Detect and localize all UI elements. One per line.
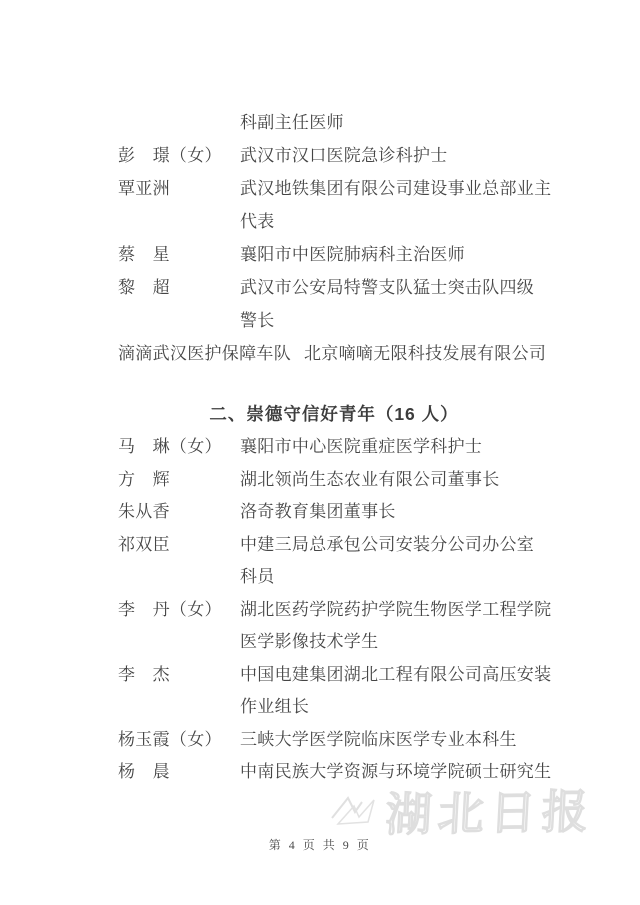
entry-row: 杨玉霞（女） 三峡大学医学院临床医学专业本科生 <box>118 724 550 757</box>
person-desc: 武汉市公安局特警支队猛士突击队四级 警长 <box>240 271 550 337</box>
desc-line: 武汉市汉口医院急诊科护士 <box>240 139 550 172</box>
person-desc: 科副主任医师 <box>240 106 550 139</box>
entry-row: 覃亚洲 武汉地铁集团有限公司建设事业总部业主 代表 <box>118 172 550 238</box>
person-desc: 湖北领尚生态农业有限公司董事长 <box>240 464 550 497</box>
desc-line: 作业组长 <box>240 691 551 724</box>
entry-row: 马 琳（女） 襄阳市中心医院重症医学科护士 <box>118 431 550 464</box>
person-name: 李 丹（女） <box>118 594 240 627</box>
desc-line: 湖北医药学院药护学院生物医学工程学院 <box>240 594 551 627</box>
person-desc: 湖北医药学院药护学院生物医学工程学院 医学影像技术学生 <box>240 594 551 659</box>
page-number: 第 4 页 共 9 页 <box>0 836 640 853</box>
person-name: 杨 晨 <box>118 756 240 789</box>
person-name: 黎 超 <box>118 271 240 304</box>
team-entry-row: 滴滴武汉医护保障车队北京嘀嘀无限科技发展有限公司 <box>118 337 550 370</box>
entry-row: 杨 晨 中南民族大学资源与环境学院硕士研究生 <box>118 756 550 789</box>
entry-row: 李 杰 中国电建集团湖北工程有限公司高压安装 作业组长 <box>118 659 550 724</box>
desc-line: 科员 <box>240 561 550 594</box>
person-name: 朱从香 <box>118 496 240 529</box>
desc-line: 科副主任医师 <box>240 106 550 139</box>
desc-line: 襄阳市中医院肺病科主治医师 <box>240 238 550 271</box>
desc-line: 洛奇教育集团董事长 <box>240 496 550 529</box>
team-name: 滴滴武汉医护保障车队 <box>118 344 291 363</box>
person-desc: 武汉地铁集团有限公司建设事业总部业主 代表 <box>240 172 551 238</box>
person-name: 方 辉 <box>118 464 240 497</box>
section-heading: 二、崇德守信好青年（16 人） <box>118 398 550 431</box>
desc-line: 武汉市公安局特警支队猛士突击队四级 <box>240 271 550 304</box>
person-desc: 武汉市汉口医院急诊科护士 <box>240 139 550 172</box>
desc-line: 医学影像技术学生 <box>240 626 551 659</box>
entry-row: 祁双臣 中建三局总承包公司安装分公司办公室 科员 <box>118 529 550 594</box>
desc-line: 中建三局总承包公司安装分公司办公室 <box>240 529 550 562</box>
person-name: 祁双臣 <box>118 529 240 562</box>
desc-line: 三峡大学医学院临床医学专业本科生 <box>240 724 550 757</box>
person-name: 蔡 星 <box>118 238 240 271</box>
desc-line: 襄阳市中心医院重症医学科护士 <box>240 431 550 464</box>
person-desc: 洛奇教育集团董事长 <box>240 496 550 529</box>
desc-line: 中国电建集团湖北工程有限公司高压安装 <box>240 659 551 692</box>
person-desc: 中南民族大学资源与环境学院硕士研究生 <box>240 756 551 789</box>
entry-row: 黎 超 武汉市公安局特警支队猛士突击队四级 警长 <box>118 271 550 337</box>
section-2-entries: 马 琳（女） 襄阳市中心医院重症医学科护士 方 辉 湖北领尚生态农业有限公司董事… <box>118 431 550 789</box>
person-name: 杨玉霞（女） <box>118 724 240 757</box>
person-name: 彭 璟（女） <box>118 139 240 172</box>
entry-row: 朱从香 洛奇教育集团董事长 <box>118 496 550 529</box>
desc-line: 代表 <box>240 205 551 238</box>
person-desc: 襄阳市中医院肺病科主治医师 <box>240 238 550 271</box>
entry-row: 蔡 星 襄阳市中医院肺病科主治医师 <box>118 238 550 271</box>
desc-line: 中南民族大学资源与环境学院硕士研究生 <box>240 756 551 789</box>
hubei-daily-bird-logo-icon <box>328 784 380 836</box>
document-page: 湖北日报 科副主任医师 彭 璟（女） 武汉市汉口医院急诊科护士 覃亚洲 武汉地铁… <box>0 0 640 905</box>
person-desc: 三峡大学医学院临床医学专业本科生 <box>240 724 550 757</box>
person-desc: 中国电建集团湖北工程有限公司高压安装 作业组长 <box>240 659 551 724</box>
desc-line: 武汉地铁集团有限公司建设事业总部业主 <box>240 172 551 205</box>
person-desc: 襄阳市中心医院重症医学科护士 <box>240 431 550 464</box>
entry-row: 方 辉 湖北领尚生态农业有限公司董事长 <box>118 464 550 497</box>
desc-line: 湖北领尚生态农业有限公司董事长 <box>240 464 550 497</box>
entry-row-continuation: 科副主任医师 <box>118 106 550 139</box>
page-content: 科副主任医师 彭 璟（女） 武汉市汉口医院急诊科护士 覃亚洲 武汉地铁集团有限公… <box>118 106 550 789</box>
person-name: 马 琳（女） <box>118 431 240 464</box>
person-name: 李 杰 <box>118 659 240 692</box>
entry-row: 李 丹（女） 湖北医药学院药护学院生物医学工程学院 医学影像技术学生 <box>118 594 550 659</box>
person-name: 覃亚洲 <box>118 172 240 205</box>
entry-row: 彭 璟（女） 武汉市汉口医院急诊科护士 <box>118 139 550 172</box>
desc-line: 警长 <box>240 304 550 337</box>
person-desc: 中建三局总承包公司安装分公司办公室 科员 <box>240 529 550 594</box>
team-org: 北京嘀嘀无限科技发展有限公司 <box>304 344 546 363</box>
